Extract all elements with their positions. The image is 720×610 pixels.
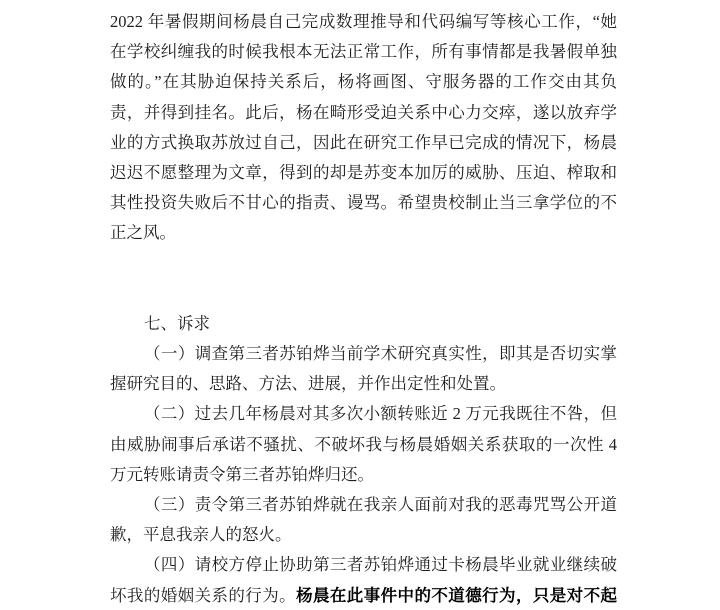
document-page: 2022 年暑假期间杨晨自己完成数理推导和代码编写等核心工作，“她 在学校纠缠我… <box>0 0 720 610</box>
text-line: 歉，平息我亲人的怒火。 <box>110 520 617 550</box>
text-line: 由威胁闹事后承诺不骚扰、不破坏我与杨晨婚姻关系获取的一次性 4 <box>110 430 617 460</box>
demand-1: （一）调查第三者苏铂烨当前学术研究真实性，即其是否切实掌 握研究目的、思路、方法… <box>110 339 617 399</box>
text-line: 业的方式换取苏放过自己，因此在研究工作早已完成的情况下，杨晨 <box>110 128 617 158</box>
text-line: 2022 年暑假期间杨晨自己完成数理推导和代码编写等核心工作，“她 <box>110 7 617 37</box>
text-line: 其性投资失败后不甘心的指责、谩骂。希望贵校制止当三拿学位的不 <box>110 188 617 218</box>
text-line: 正之风。 <box>110 218 617 248</box>
text-line: （四）请校方停止协助第三者苏铂烨通过卡杨晨毕业就业继续破 <box>110 550 617 580</box>
text-line: 做的。”在其胁迫保持关系后，杨将画图、守服务器的工作交由其负 <box>110 67 617 97</box>
text-line: 在学校纠缠我的时候我根本无法正常工作，所有事情都是我暑假单独 <box>110 37 617 67</box>
blank-space <box>110 249 617 309</box>
demand-4: （四）请校方停止协助第三者苏铂烨通过卡杨晨毕业就业继续破 坏我的婚姻关系的行为。… <box>110 550 617 610</box>
complaint-text-body: 2022 年暑假期间杨晨自己完成数理推导和代码编写等核心工作，“她 在学校纠缠我… <box>110 7 617 610</box>
demand-2: （二）过去几年杨晨对其多次小额转账近 2 万元我既往不咎，但 由威胁闹事后承诺不… <box>110 399 617 490</box>
text-line: （一）调查第三者苏铂烨当前学术研究真实性，即其是否切实掌 <box>110 339 617 369</box>
normal-text: 坏我的婚姻关系的行为。 <box>110 586 296 605</box>
text-line: 万元转账请责令第三者苏铂烨归还。 <box>110 460 617 490</box>
demand-3: （三）责令第三者苏铂烨就在我亲人面前对我的恶毒咒骂公开道 歉，平息我亲人的怒火。 <box>110 490 617 550</box>
text-line: 迟迟不愿整理为文章，得到的却是苏变本加厉的威胁、压迫、榨取和 <box>110 158 617 188</box>
text-line: 握研究目的、思路、方法、进展，并作出定性和处置。 <box>110 369 617 399</box>
text-line: 责，并得到挂名。此后，杨在畸形受迫关系中心力交瘁，遂以放弃学 <box>110 98 617 128</box>
text-line-mixed: 坏我的婚姻关系的行为。杨晨在此事件中的不道德行为，只是对不起 <box>110 581 617 610</box>
text-line: （三）责令第三者苏铂烨就在我亲人面前对我的恶毒咒骂公开道 <box>110 490 617 520</box>
paragraph-continued: 2022 年暑假期间杨晨自己完成数理推导和代码编写等核心工作，“她 在学校纠缠我… <box>110 7 617 249</box>
bold-emphasis-text: 杨晨在此事件中的不道德行为，只是对不起 <box>296 586 617 605</box>
section-heading: 七、诉求 <box>110 309 617 339</box>
text-line: （二）过去几年杨晨对其多次小额转账近 2 万元我既往不咎，但 <box>110 399 617 429</box>
